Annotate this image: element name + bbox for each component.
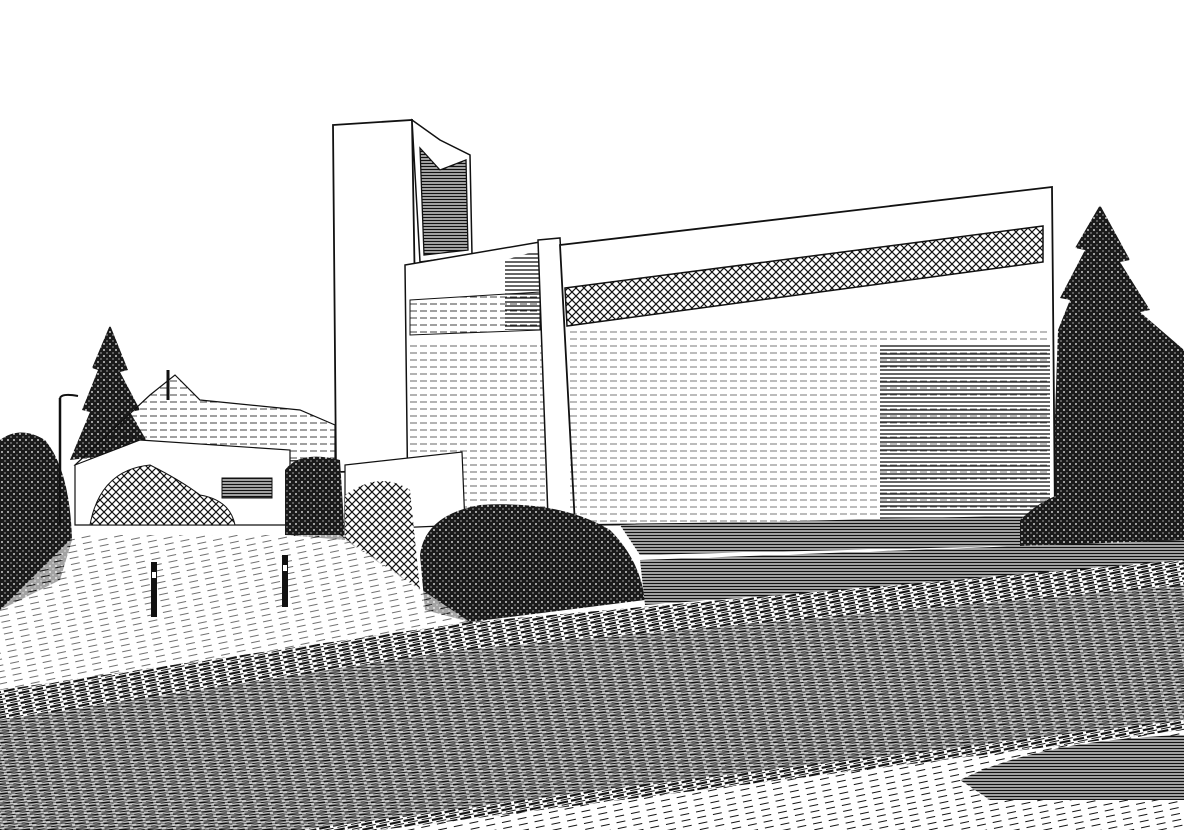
church-nave — [560, 187, 1055, 555]
shrub-entrance — [285, 457, 345, 540]
ink-drawing — [0, 0, 1184, 830]
